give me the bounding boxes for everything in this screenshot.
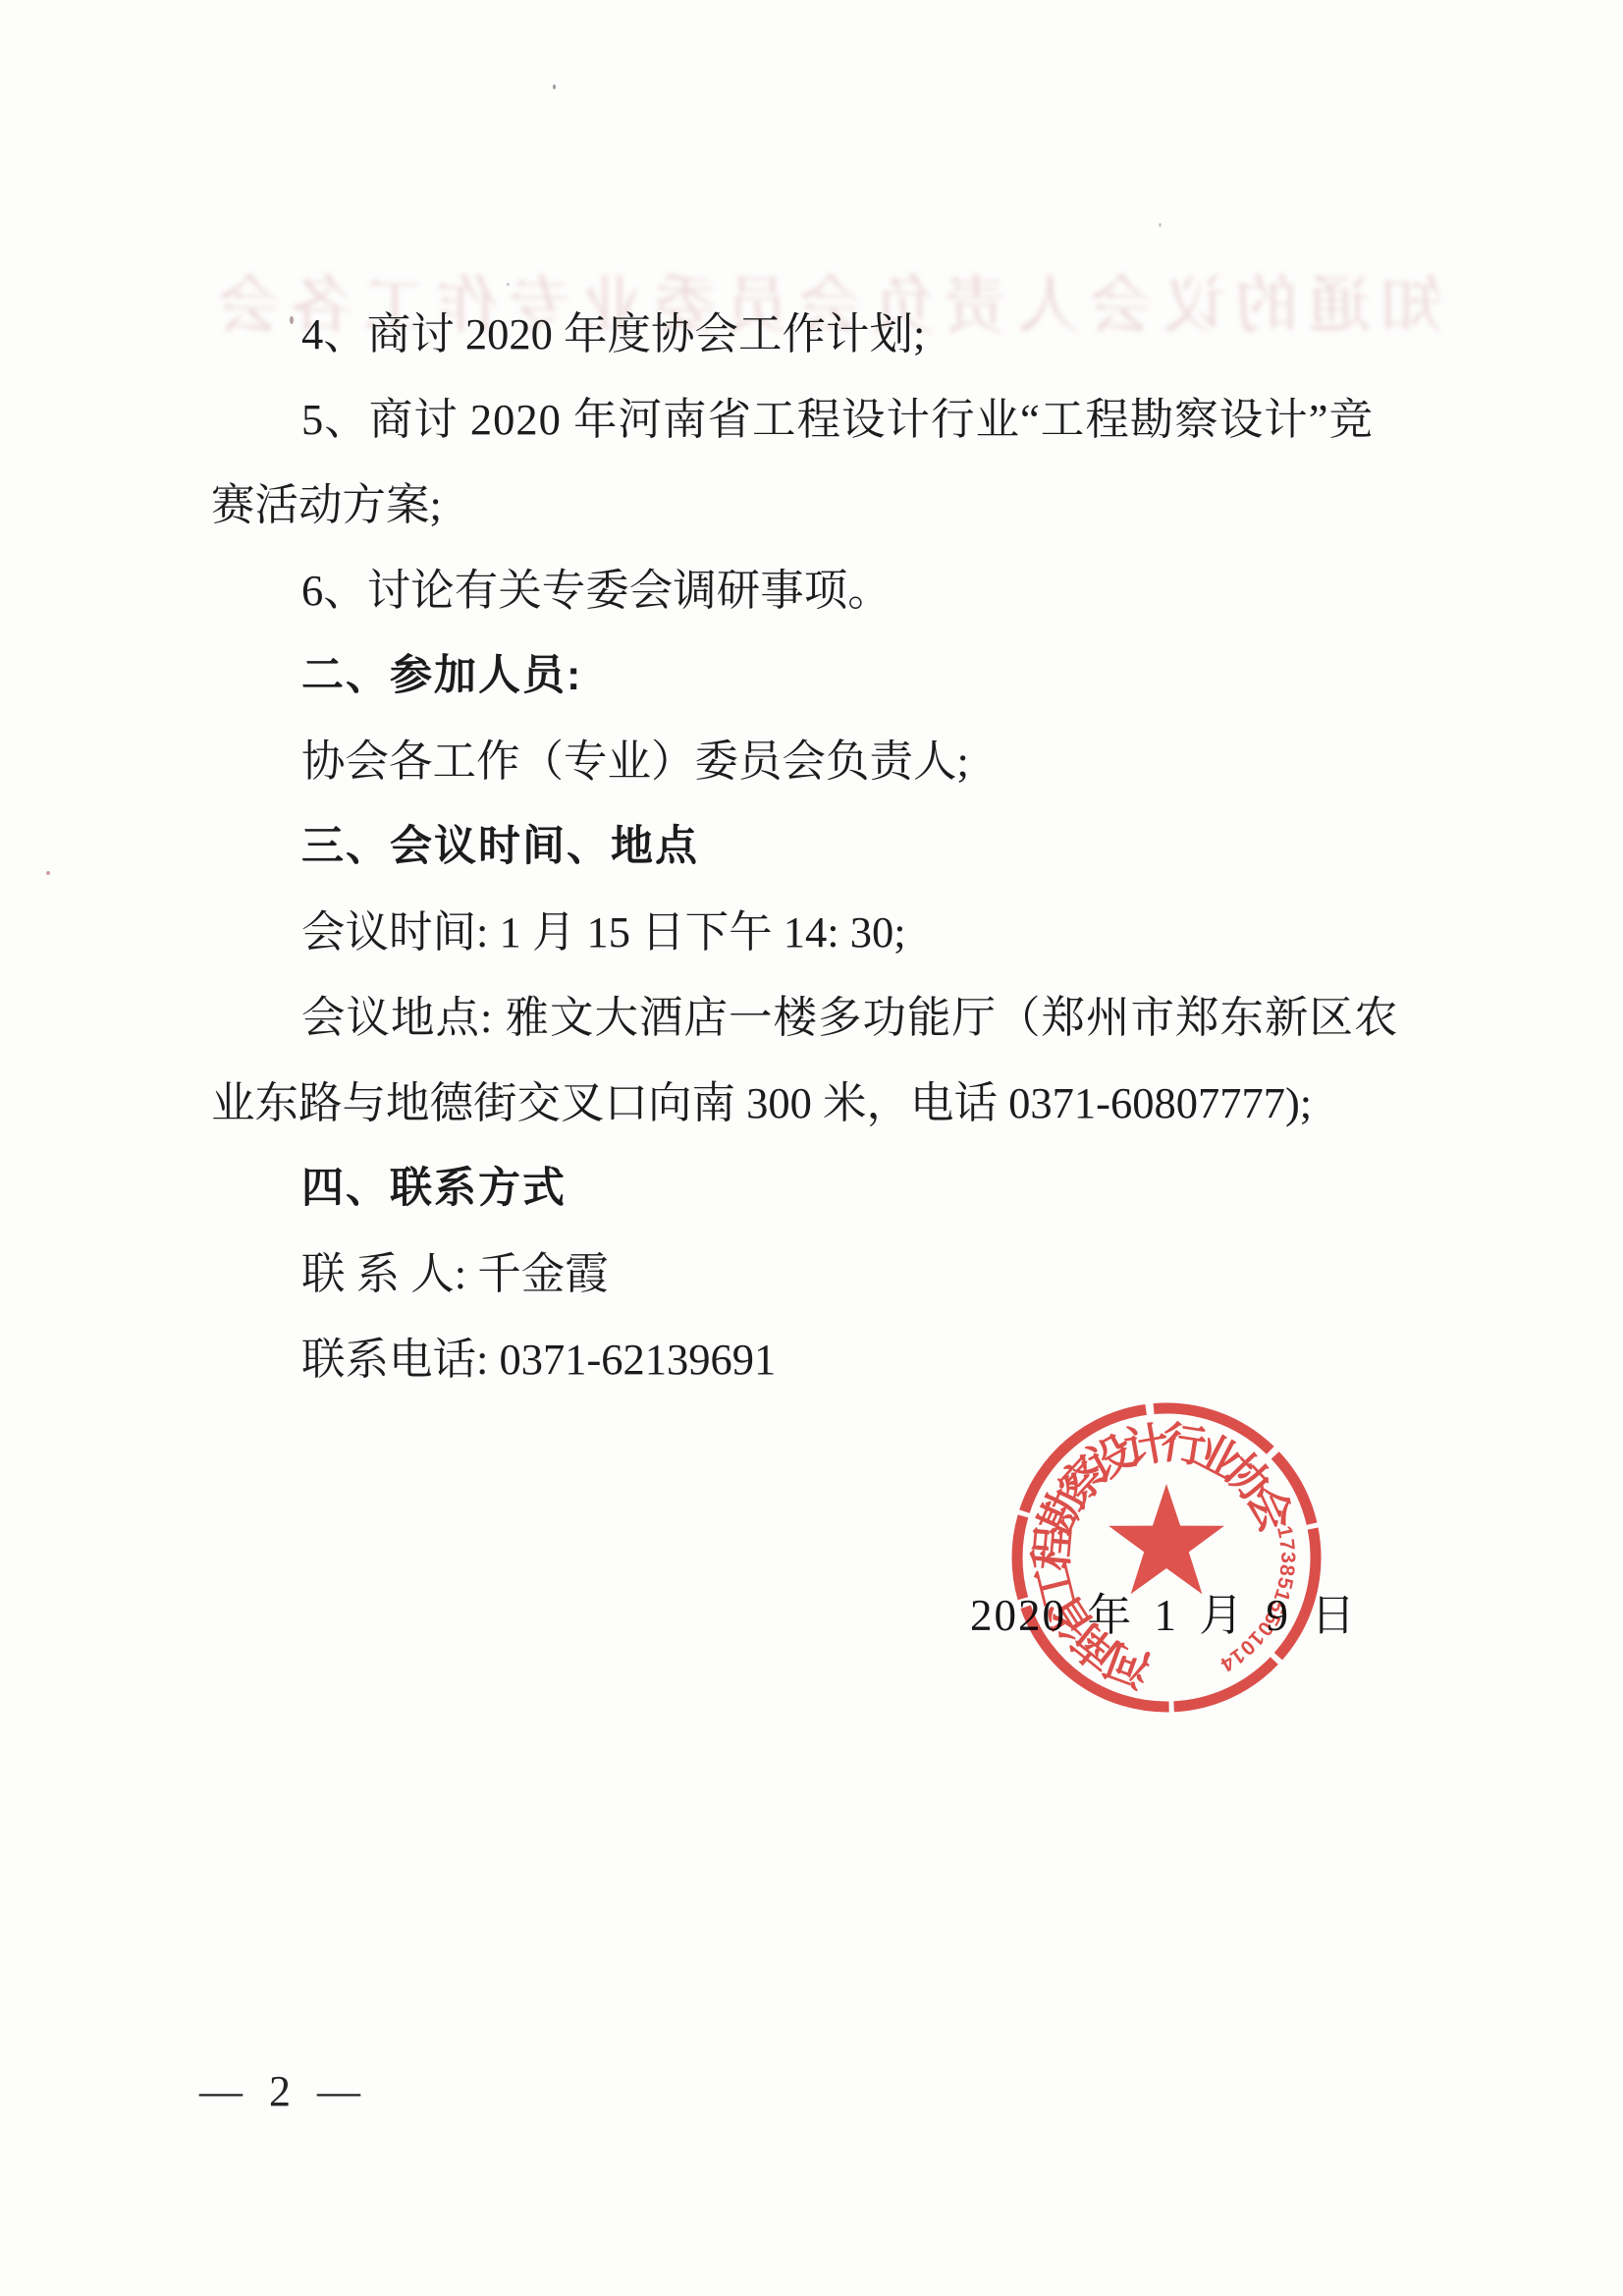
text-line: 业东路与地德街交叉口向南 300 米，电话 0371-60807777); — [211, 1061, 1402, 1146]
document-body: 4、商讨 2020 年度协会工作计划;5、商讨 2020 年河南省工程设计行业“… — [211, 292, 1402, 1402]
scanned-notice-page: 知通的议会人责负会员委业专作工各会协开召于关 4、商讨 2020 年度协会工作计… — [0, 0, 1623, 2296]
seal-digit: 4 — [1216, 1649, 1237, 1675]
text-line: 赛活动方案; — [211, 463, 1402, 548]
seal-character: 勘 — [1020, 1477, 1097, 1543]
text-line: 4、商讨 2020 年度协会工作计划; — [211, 292, 1402, 377]
official-seal: 河南省工程勘察设计行业协会 4101055158371 — [1000, 1391, 1333, 1724]
seal-character: 协 — [1214, 1438, 1290, 1513]
seal-digit: 8 — [1274, 1563, 1299, 1577]
seal-character: 察 — [1041, 1440, 1117, 1515]
page-number: — 2 — — [199, 2066, 366, 2116]
seal-character: 设 — [1075, 1415, 1145, 1493]
scan-speck — [1159, 223, 1162, 227]
seal-character: 程 — [1015, 1522, 1083, 1572]
star-icon — [1000, 1391, 1333, 1724]
issue-date: 2020 年 1 月 9 日 — [970, 1579, 1357, 1643]
seal-digit: 1 — [1226, 1642, 1250, 1667]
seal-character: 业 — [1186, 1414, 1255, 1491]
scan-speck — [553, 84, 556, 89]
seal-digit: 7 — [1274, 1538, 1299, 1552]
text-line: 5、商讨 2020 年河南省工程设计行业“工程勘察设计”竞 — [211, 377, 1402, 463]
seal-ring — [1000, 1391, 1333, 1724]
text-line: 6、讨论有关专委会调研事项。 — [211, 548, 1402, 633]
text-line: 协会各工作（专业）委员会负责人; — [211, 719, 1402, 804]
scan-speck — [46, 871, 50, 875]
text-line: 会议地点: 雅文大酒店一楼多功能厅（郑州市郑东新区农 — [211, 975, 1402, 1061]
seal-digit: 1 — [1271, 1524, 1297, 1540]
scan-speck — [507, 283, 510, 286]
text-line: 二、参加人员: — [211, 633, 1402, 719]
seal-character: 计 — [1118, 1406, 1173, 1477]
text-line: 会议时间: 1 月 15 日下午 14: 30; — [211, 890, 1402, 975]
text-line: 三、会议时间、地点 — [211, 804, 1402, 890]
text-line: 联 系 人: 千金霞 — [211, 1231, 1402, 1317]
text-line: 四、联系方式 — [211, 1146, 1402, 1231]
seal-character: 行 — [1158, 1406, 1211, 1476]
text-line: 联系电话: 0371-62139691 — [211, 1317, 1402, 1402]
seal-digit: 3 — [1275, 1552, 1299, 1563]
seal-character: 会 — [1235, 1474, 1312, 1541]
